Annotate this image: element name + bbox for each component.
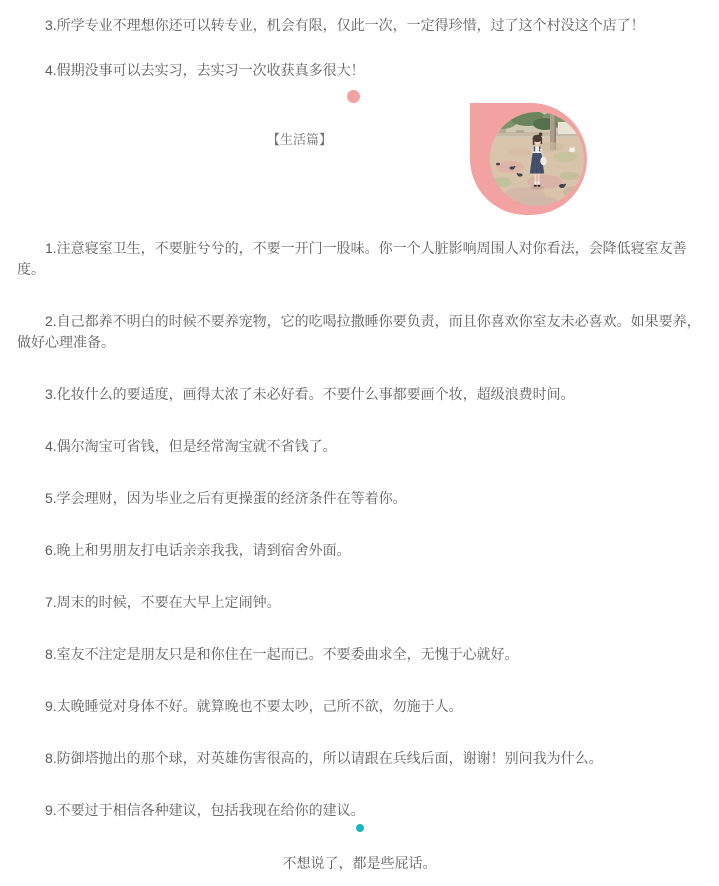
list-item-paragraph: 5.学会理财，因为毕业之后有更操蛋的经济条件在等着你。 <box>17 488 702 509</box>
park-scene-illustration <box>490 112 584 206</box>
article-content: 3.所学专业不理想你还可以转专业，机会有限，仅此一次，一定得珍惜，过了这个村没这… <box>0 0 719 874</box>
section-heading: 【生活篇】 <box>267 132 332 148</box>
closing-line: 不想说了，都是些屁话。 <box>17 853 702 874</box>
intro-paragraph: 3.所学专业不理想你还可以转专业，机会有限，仅此一次，一定得珍惜，过了这个村没这… <box>17 15 702 36</box>
teal-dot-decoration <box>356 824 364 832</box>
pink-dot-decoration <box>347 90 360 103</box>
list-item-paragraph: 7.周末的时候，不要在大早上定闹钟。 <box>17 592 702 613</box>
article-page: 3.所学专业不理想你还可以转专业，机会有限，仅此一次，一定得珍惜，过了这个村没这… <box>0 0 719 886</box>
photo-badge <box>470 103 587 215</box>
list-item-paragraph: 8.室友不注定是朋友只是和你住在一起而已。不要委曲求全，无愧于心就好。 <box>17 644 702 665</box>
list-item-paragraph: 9.不要过于相信各种建议，包括我现在给你的建议。 <box>17 800 702 821</box>
list-item-paragraph: 3.化妆什么的要适度，画得太浓了未必好看。不要什么事都要画个妆，超级浪费时间。 <box>17 384 702 405</box>
life-tips-list: 1.注意寝室卫生，不要脏兮兮的，不要一开门一股味。你一个人脏影响周围人对你看法，… <box>17 238 702 821</box>
intro-paragraph: 4.假期没事可以去实习，去实习一次收获真多很大！ <box>17 60 702 81</box>
list-item-paragraph: 1.注意寝室卫生，不要脏兮兮的，不要一开门一股味。你一个人脏影响周围人对你看法，… <box>17 238 702 280</box>
list-item-paragraph: 4.偶尔淘宝可省钱，但是经常淘宝就不省钱了。 <box>17 436 702 457</box>
figure-block: 【生活篇】 <box>17 105 702 238</box>
intro-section: 3.所学专业不理想你还可以转专业，机会有限，仅此一次，一定得珍惜，过了这个村没这… <box>17 15 702 81</box>
article-photo <box>490 112 584 206</box>
list-item-paragraph: 2.自己都养不明白的时候不要养宠物，它的吃喝拉撒睡你要负责，而且你喜欢你室友未必… <box>17 311 702 353</box>
list-item-paragraph: 9.太晚睡觉对身体不好。就算晚也不要太吵，己所不欲，勿施于人。 <box>17 696 702 717</box>
list-item-paragraph: 6.晚上和男朋友打电话亲亲我我，请到宿舍外面。 <box>17 540 702 561</box>
list-item-paragraph: 8.防御塔抛出的那个球，对英雄伤害很高的，所以请跟在兵线后面，谢谢！别问我为什么… <box>17 748 702 769</box>
